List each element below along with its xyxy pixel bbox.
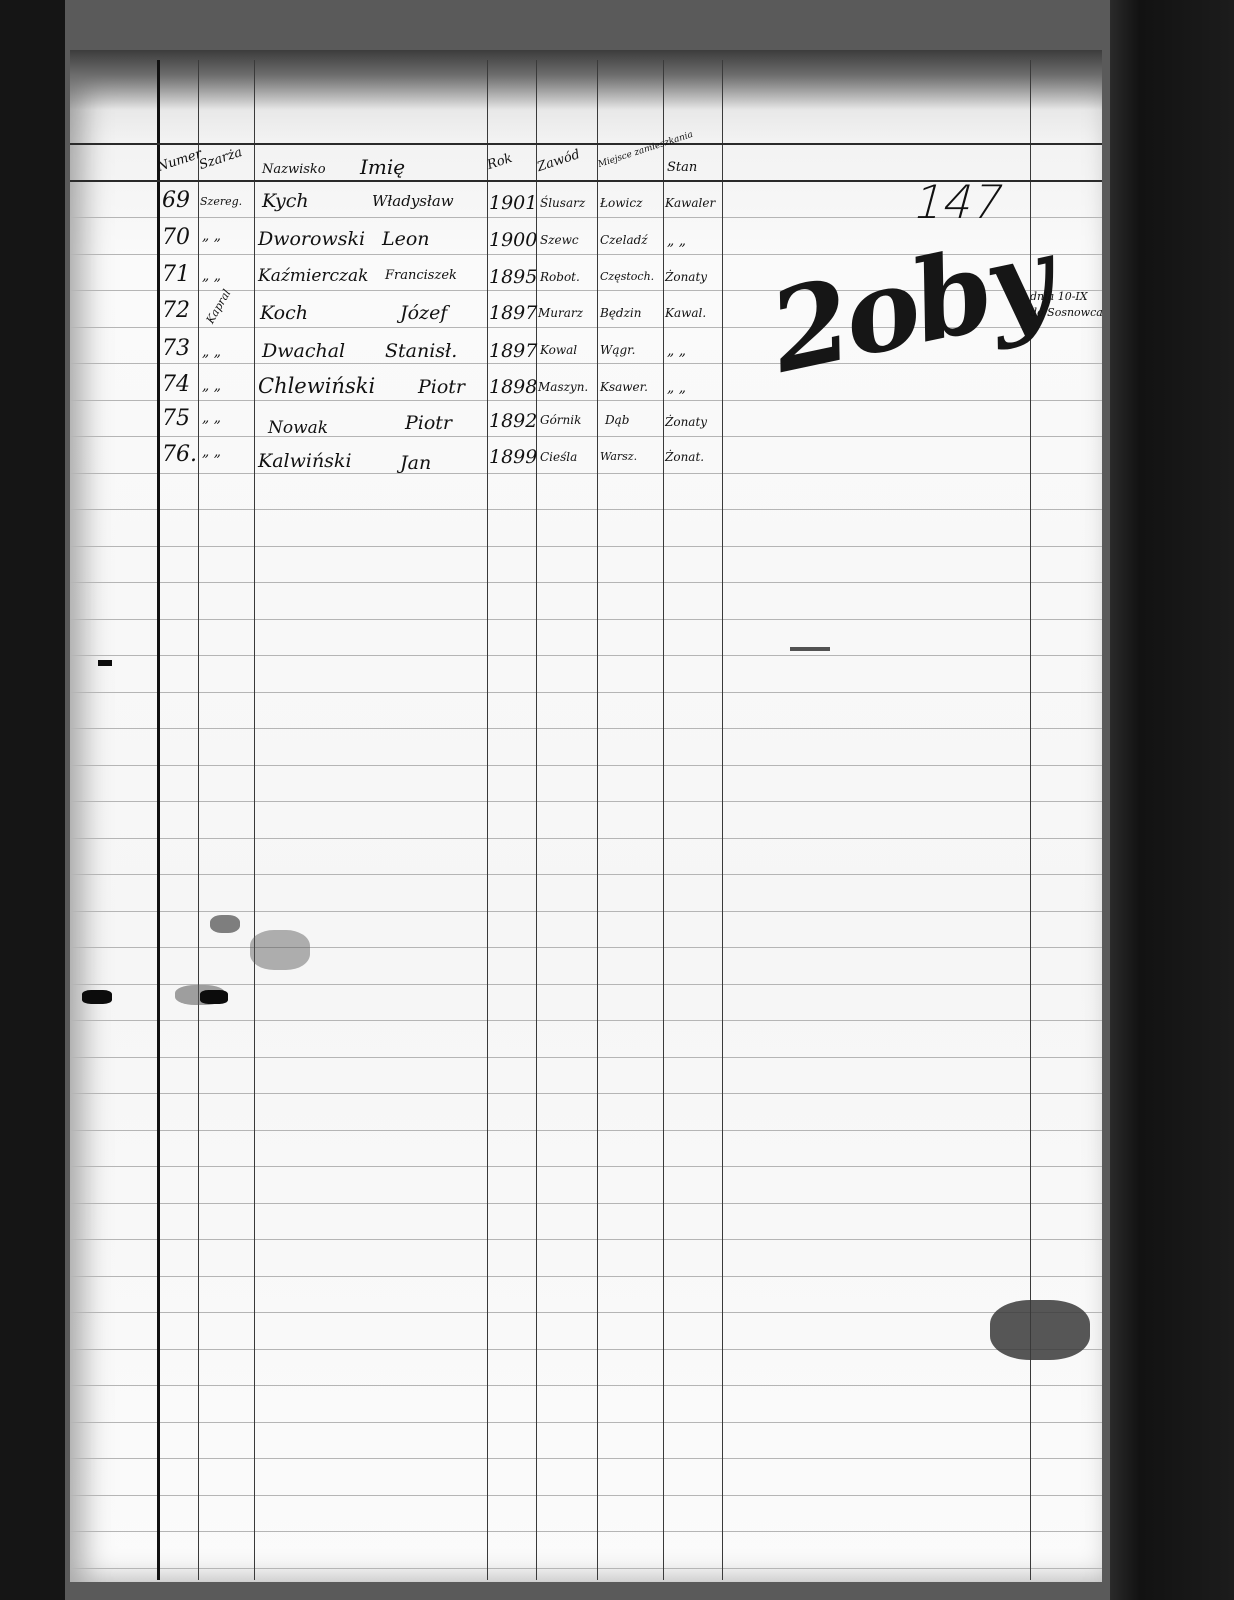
cell-residence: Wągr.: [600, 343, 635, 357]
cell-number: 74: [162, 372, 190, 397]
cell-first-name: Władysław: [372, 192, 454, 210]
cell-rank: „ „: [202, 444, 221, 460]
cell-year: 1897: [489, 302, 537, 324]
cell-status: „ „: [667, 343, 686, 359]
ruled-line: [70, 1422, 1102, 1423]
cell-rank: „ „: [202, 378, 221, 394]
cell-number: 70: [162, 225, 190, 250]
cell-year: 1895: [489, 266, 537, 288]
cell-residence: Częstoch.: [600, 270, 654, 283]
ruled-line: [70, 728, 1102, 729]
ruled-line: [70, 509, 1102, 510]
ruled-line: [70, 1312, 1102, 1313]
ink-blot: [790, 647, 830, 651]
cell-occupation: Kowal: [540, 343, 577, 357]
ruled-line: [70, 838, 1102, 839]
stain: [210, 915, 240, 933]
cell-status: Żonaty: [665, 415, 707, 429]
torn-top-edge: [70, 50, 1102, 110]
column-rule: [597, 60, 598, 1580]
cell-residence: Dąb: [605, 413, 629, 427]
column-rule: [198, 60, 199, 1580]
ink-blot: [82, 990, 112, 1004]
cell-occupation: Szewc: [540, 233, 579, 247]
ruled-line: [70, 1239, 1102, 1240]
cell-number: 69: [162, 188, 190, 213]
header-top-rule: [70, 143, 1102, 145]
cell-number: 73: [162, 336, 190, 361]
cell-occupation: Robot.: [540, 270, 580, 284]
ruled-line: [70, 1166, 1102, 1167]
cell-surname: Dwachal: [262, 340, 345, 362]
ruled-line: [70, 1130, 1102, 1131]
column-rule: [157, 60, 160, 1580]
cell-surname: Dworowski: [258, 228, 365, 250]
cell-rank: Szereg.: [200, 195, 242, 208]
cell-residence: Ksawer.: [600, 380, 648, 394]
ruled-line: [70, 1495, 1102, 1496]
cell-occupation: Ślusarz: [540, 196, 585, 210]
cell-rank: „ „: [202, 268, 221, 284]
ruled-line: [70, 911, 1102, 912]
stain: [250, 930, 310, 970]
cell-surname: Kalwiński: [258, 450, 352, 472]
cell-number: 76.: [162, 442, 197, 467]
cell-number: 75: [162, 406, 190, 431]
ruled-line: [70, 874, 1102, 875]
column-rule: [536, 60, 537, 1580]
cell-first-name: Franciszek: [385, 268, 457, 283]
cell-first-name: Piotr: [418, 376, 465, 398]
cell-rank: „ „: [202, 344, 221, 360]
cell-residence: Warsz.: [600, 450, 637, 463]
cell-status: Kawaler: [665, 196, 715, 210]
cell-status: „ „: [667, 233, 686, 249]
column-rule: [722, 60, 723, 1580]
ruled-line: [70, 801, 1102, 802]
cell-first-name: Józef: [400, 302, 447, 324]
cell-residence: Łowicz: [600, 196, 642, 210]
header-surname: Nazwisko: [262, 162, 326, 177]
ruled-line: [70, 692, 1102, 693]
stain: [990, 1300, 1090, 1360]
ruled-line: [70, 1020, 1102, 1021]
cell-occupation: Górnik: [540, 413, 581, 427]
cell-occupation: Cieśla: [540, 450, 577, 464]
ruled-line: [70, 400, 1102, 401]
ruled-line: [70, 984, 1102, 985]
ruled-line: [70, 582, 1102, 583]
ruled-line: [70, 1093, 1102, 1094]
cell-number: 72: [162, 298, 190, 323]
side-note-date: dnia 10-IX: [1030, 290, 1088, 303]
scan-border-left: [0, 0, 65, 1600]
ruled-line: [70, 1458, 1102, 1459]
column-rule: [487, 60, 488, 1580]
header-status: Stan: [667, 160, 697, 175]
ruled-line: [70, 436, 1102, 437]
cell-surname: Koch: [260, 302, 308, 324]
cell-status: Żonat.: [665, 450, 704, 464]
cell-status: „ „: [667, 380, 686, 396]
cell-year: 1899: [489, 446, 537, 468]
side-note-destination: do Sosnowca: [1030, 306, 1103, 319]
ruled-line: [70, 1568, 1102, 1569]
ruled-line: [70, 1276, 1102, 1277]
cell-year: 1900: [489, 229, 537, 251]
column-rule: [663, 60, 664, 1580]
cell-status: Żonaty: [665, 270, 707, 284]
ruled-line: [70, 1203, 1102, 1204]
ruled-line: [70, 947, 1102, 948]
cell-first-name: Leon: [382, 228, 430, 250]
cell-year: 1892: [489, 410, 537, 432]
cell-year: 1901: [489, 192, 537, 214]
cell-year: 1898: [489, 376, 537, 398]
cell-rank: „ „: [202, 228, 221, 244]
ruled-line: [70, 655, 1102, 656]
ruled-line: [70, 1057, 1102, 1058]
cell-surname: Kych: [262, 190, 309, 212]
cell-number: 71: [162, 262, 190, 287]
cell-status: Kawal.: [665, 306, 706, 320]
cell-year: 1897: [489, 340, 537, 362]
ruled-line: [70, 1349, 1102, 1350]
cell-residence: Będzin: [600, 306, 642, 320]
cell-surname: Kaźmierczak: [258, 266, 368, 286]
cell-first-name: Jan: [400, 452, 431, 474]
cell-surname: Nowak: [268, 418, 328, 438]
ruled-line: [70, 473, 1102, 474]
cell-surname: Chlewiński: [258, 374, 375, 398]
cell-rank: „ „: [202, 410, 221, 426]
ruled-line: [70, 546, 1102, 547]
ruled-line: [70, 765, 1102, 766]
header-first-name: Imię: [360, 155, 405, 179]
ruled-line: [70, 1385, 1102, 1386]
cell-occupation: Maszyn.: [538, 380, 588, 394]
ink-blot: [98, 660, 112, 666]
cell-first-name: Stanisł.: [385, 340, 457, 362]
ruled-line: [70, 619, 1102, 620]
column-rule: [254, 60, 255, 1580]
ink-blot: [200, 990, 228, 1004]
cell-occupation: Murarz: [538, 306, 583, 320]
cell-residence: Czeladź: [600, 233, 648, 247]
cell-first-name: Piotr: [405, 412, 452, 434]
scan-border-right: [1110, 0, 1234, 1600]
ruled-line: [70, 1531, 1102, 1532]
